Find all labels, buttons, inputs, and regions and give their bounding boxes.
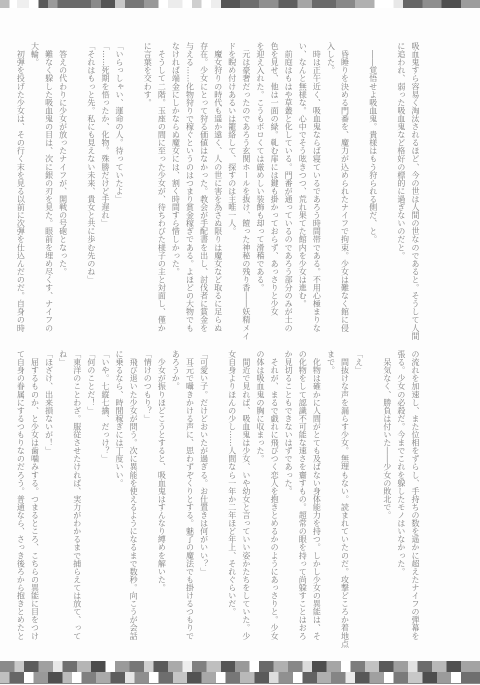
dialogue-line: 「……死期を悟ったか、化物。殊勝だけど手遅れ」 bbox=[98, 42, 112, 334]
text-line: 色を見せ、他は一面の緑。軋む扉には鍵も掛かっておらず、あっさりと少女 bbox=[267, 42, 281, 334]
text-line: 間抜けな声を漏らす少女。無理もない。読まれていたのだ。攻撃どころか着地点 bbox=[337, 350, 351, 642]
text-line bbox=[380, 42, 394, 334]
text-line bbox=[366, 350, 380, 642]
text-line: い、なんと無様な。心中でそう呟きつつ、荒れ果てた館内を少女は進む。 bbox=[295, 42, 309, 334]
text-line: 魔女狩りの時代も遥か遠く、人の世に害を為さぬ限りは魔女など取るに足らぬ bbox=[211, 42, 225, 334]
dialogue-line: 「可愛い子。だけどおいたが過ぎる。お仕置きは何がいい？」 bbox=[197, 350, 211, 642]
text-line: 吸血鬼すら容易く淘汰されるほど、今の世は人間の世なのであると。そうして人間 bbox=[408, 42, 422, 334]
text-line: 与える……化物狩りで稼ぐというのはつまり賞金稼ぎである。よほどの大物でも bbox=[182, 42, 196, 334]
text-line: 化物は確かに人間がとても及ばない身体能力を持つ。しかし少女の異能は、そ bbox=[309, 350, 323, 642]
dialogue-line: 「東洋のことわざ。服従させたければ、実力がわかるまで捕らえては放て、って bbox=[70, 350, 84, 642]
dialogue-line: 「いらっしゃい、運命の人。待っていたよ」 bbox=[112, 42, 126, 334]
text-line: 耳元で囁きかける声に、思わずぞくりとする。魅了の魔法でも掛けるつもりで bbox=[182, 350, 196, 642]
top-mosaic-border bbox=[0, 0, 480, 8]
text-line: 張る。少女の必殺だ。今までこれを躱したモノはいなかった。 bbox=[394, 350, 408, 642]
dialogue-line: 「ほざけ、出来損ないが！」 bbox=[41, 350, 55, 642]
dialogue-line: 「え」 bbox=[352, 350, 366, 642]
text-line: を迎え入れた。こうもボロくては厳めしい装飾も却って滑稽である。 bbox=[253, 42, 267, 334]
text-line bbox=[352, 42, 366, 334]
text-line: 女自身よりほんの少し……人間なら一年か二年ほど年上、それぐらいだ。 bbox=[225, 350, 239, 642]
text-line: 存在。少女にとって狩る価値はなかった。教会が手配書を出し、討伐者に賞金を bbox=[197, 42, 211, 334]
text-line: 前庭はもはや草叢と化している。門番が通っているのであろう部分のみが土の bbox=[281, 42, 295, 334]
text-line: 難なく躱した吸血鬼の目は、次に銀の刃を見た。眼前を埋め尽くす、ナイフの bbox=[41, 42, 55, 334]
text-line: そうして二階。玉座の間に至った少女が、待ちわびた様子の主と対面し、僅か bbox=[154, 42, 168, 334]
text-line: 時は正午近く、吸血鬼ならば寝ているであろう時間帯である。不用心極まりな bbox=[309, 42, 323, 334]
text-line: て自身の眷属にするつもりなのだろう。普通なら、さっき後ろから抱きとめたと bbox=[13, 350, 27, 642]
bottom-mosaic-border bbox=[0, 661, 480, 684]
text-line: それが、まるで戯れに飛びつく恋人を抱きとめるかのようにあっさりと。少女 bbox=[267, 350, 281, 642]
text-line: 元は豪奢だったのであろう玄関ホールを抜け、饐った神秘の残り香――妖精メイ bbox=[239, 42, 253, 334]
text-line bbox=[70, 42, 84, 334]
upper-text-block: 吸血鬼すら容易く淘汰されるほど、今の世は人間の世なのであると。そうして人間 に追… bbox=[13, 42, 422, 334]
dialogue-line: ね」 bbox=[56, 350, 70, 642]
text-line: 昏睡りを決める門番を、魔力が込められたナイフで拘束。少女は難なく館に侵 bbox=[337, 42, 351, 334]
text-line: 屈するものか、と少女は歯噛みする。つまるところ、こちらの異能に目をつけ bbox=[27, 350, 41, 642]
text-line: の体は吸血鬼の胸に収まった。 bbox=[253, 350, 267, 642]
text-line: か見切ることもできないはずであった。 bbox=[281, 350, 295, 642]
text-line: に乗るなら、時間稼ぎには丁度いい。 bbox=[112, 350, 126, 642]
text-line bbox=[126, 42, 140, 334]
lower-text-block: の流れを加速し、また位相をずらし、手持ちの数を遥かに超えたナイフの弾幕を 張る。… bbox=[13, 350, 422, 642]
dialogue-line: 「いや。七縦七擒、だっけ？」 bbox=[98, 350, 112, 642]
text-line: 大輪。 bbox=[27, 42, 41, 334]
text-line: の流れを加速し、また位相をずらし、手持ちの数を遥かに超えたナイフの弾幕を bbox=[408, 350, 422, 642]
text-line: 呆気なく、勝負は付いた――少女の敗北で。 bbox=[380, 350, 394, 642]
text-line bbox=[211, 350, 225, 642]
dialogue-line: 「それはもっと先。私にも見えない未来、貴女と共に歩む先のね」 bbox=[84, 42, 98, 334]
text-line: 飛び退いた少女が問う。次に異能を使えるようになるまで数秒。向こうが会話 bbox=[126, 350, 140, 642]
dialogue-line: 「何のことだ！」 bbox=[84, 350, 98, 642]
text-line: の化物をして認識不可能な速さを齎すもの。超常の眼を持って尚躱すことはおろ bbox=[295, 350, 309, 642]
text-line: ドを睨め付けあるいは籠絡して、探すのは主唯一人。 bbox=[225, 42, 239, 334]
text-line: 入した。 bbox=[323, 42, 337, 334]
text-line: 答えの代わりに少女が放ったナイフが、開戦の号砲となった。 bbox=[56, 42, 70, 334]
text-line: に追われ、弱った吸血鬼など格好の標的に過ぎないのだと。 bbox=[394, 42, 408, 334]
text-line: あろうか。 bbox=[168, 350, 182, 642]
text-line: ――覚悟せよ吸血鬼。貴様はもう狩られる側だ、と。 bbox=[366, 42, 380, 334]
text-line: まで。 bbox=[323, 350, 337, 642]
text-line: に言葉を交わす。 bbox=[140, 42, 154, 334]
text-line: 間近で見れば、吸血鬼は少女、いや幼女と言っていい姿かたちをしていた。少 bbox=[239, 350, 253, 642]
dialogue-line: 「情けのつもり？」 bbox=[140, 350, 154, 642]
text-line: 初弾を投げた少女は、その行く末を見る以前に次弾を仕込んだのだ。自身の時 bbox=[13, 42, 27, 334]
text-line: なければ端金にしかならぬ魔女には、割く時間すら惜しかった。 bbox=[168, 42, 182, 334]
text-line: 少女が振りほどこうとすると、吸血鬼はすんなり縛めを解いた。 bbox=[154, 350, 168, 642]
